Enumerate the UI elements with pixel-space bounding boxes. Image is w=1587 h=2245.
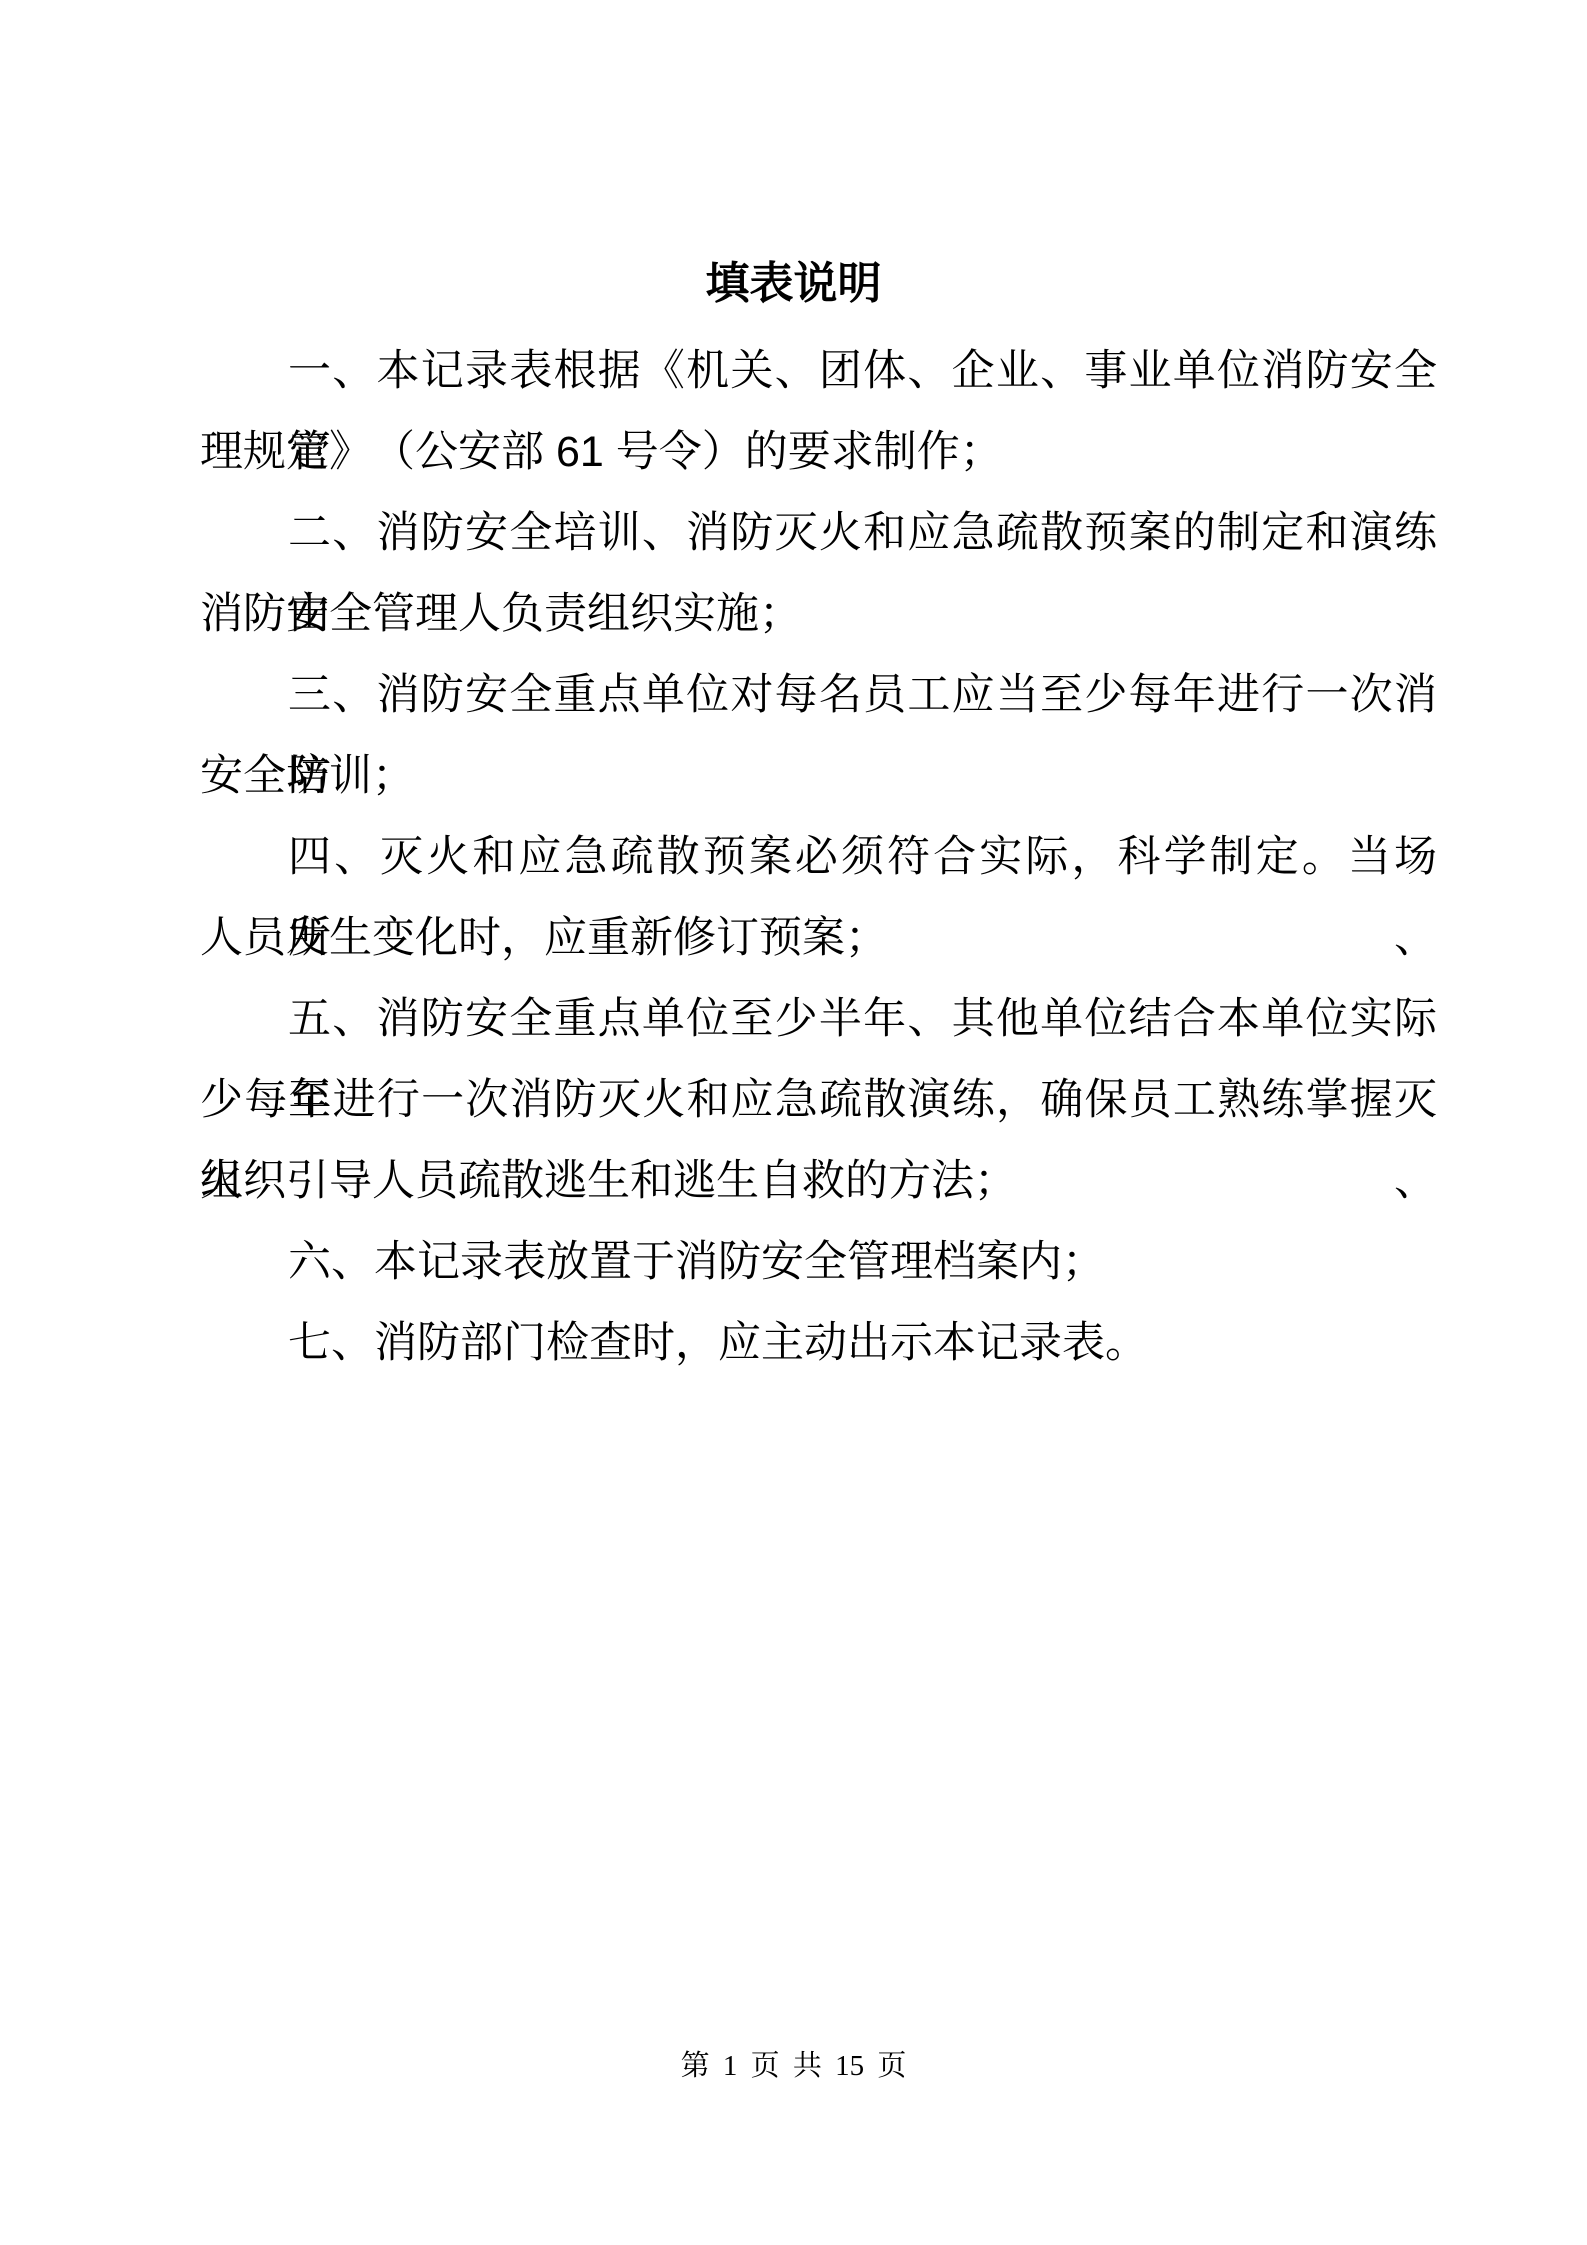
body-line: 少每年进行一次消防灭火和应急疏散演练，确保员工熟练掌握灭火、	[200, 1060, 1437, 1141]
body-line: 五、消防安全重点单位至少半年、其他单位结合本单位实际至	[200, 979, 1437, 1060]
page-number-footer: 第 1 页 共 15 页	[0, 2046, 1587, 2086]
document-page: 填表说明 一、本记录表根据《机关、团体、企业、事业单位消防安全管 理规定》 （公…	[0, 0, 1587, 2245]
body-line: 二、消防安全培训、消防灭火和应急疏散预案的制定和演练由	[200, 493, 1437, 574]
body-line: 六、本记录表放置于消防安全管理档案内；	[200, 1222, 1437, 1303]
body-line: 三、消防安全重点单位对每名员工应当至少每年进行一次消防	[200, 655, 1437, 736]
body-line: 安全培训；	[200, 736, 1437, 817]
body-line: 七、消防部门检查时，应主动出示本记录表。	[200, 1303, 1437, 1384]
document-body: 一、本记录表根据《机关、团体、企业、事业单位消防安全管 理规定》 （公安部 61…	[200, 331, 1437, 1384]
body-line: 理规定》 （公安部 61 号令）的要求制作；	[200, 412, 1437, 493]
page-title: 填表说明	[0, 243, 1587, 324]
body-line: 一、本记录表根据《机关、团体、企业、事业单位消防安全管	[200, 331, 1437, 412]
body-line: 四、灭火和应急疏散预案必须符合实际，科学制定。当场所、	[200, 817, 1437, 898]
body-line: 消防安全管理人负责组织实施；	[200, 574, 1437, 655]
